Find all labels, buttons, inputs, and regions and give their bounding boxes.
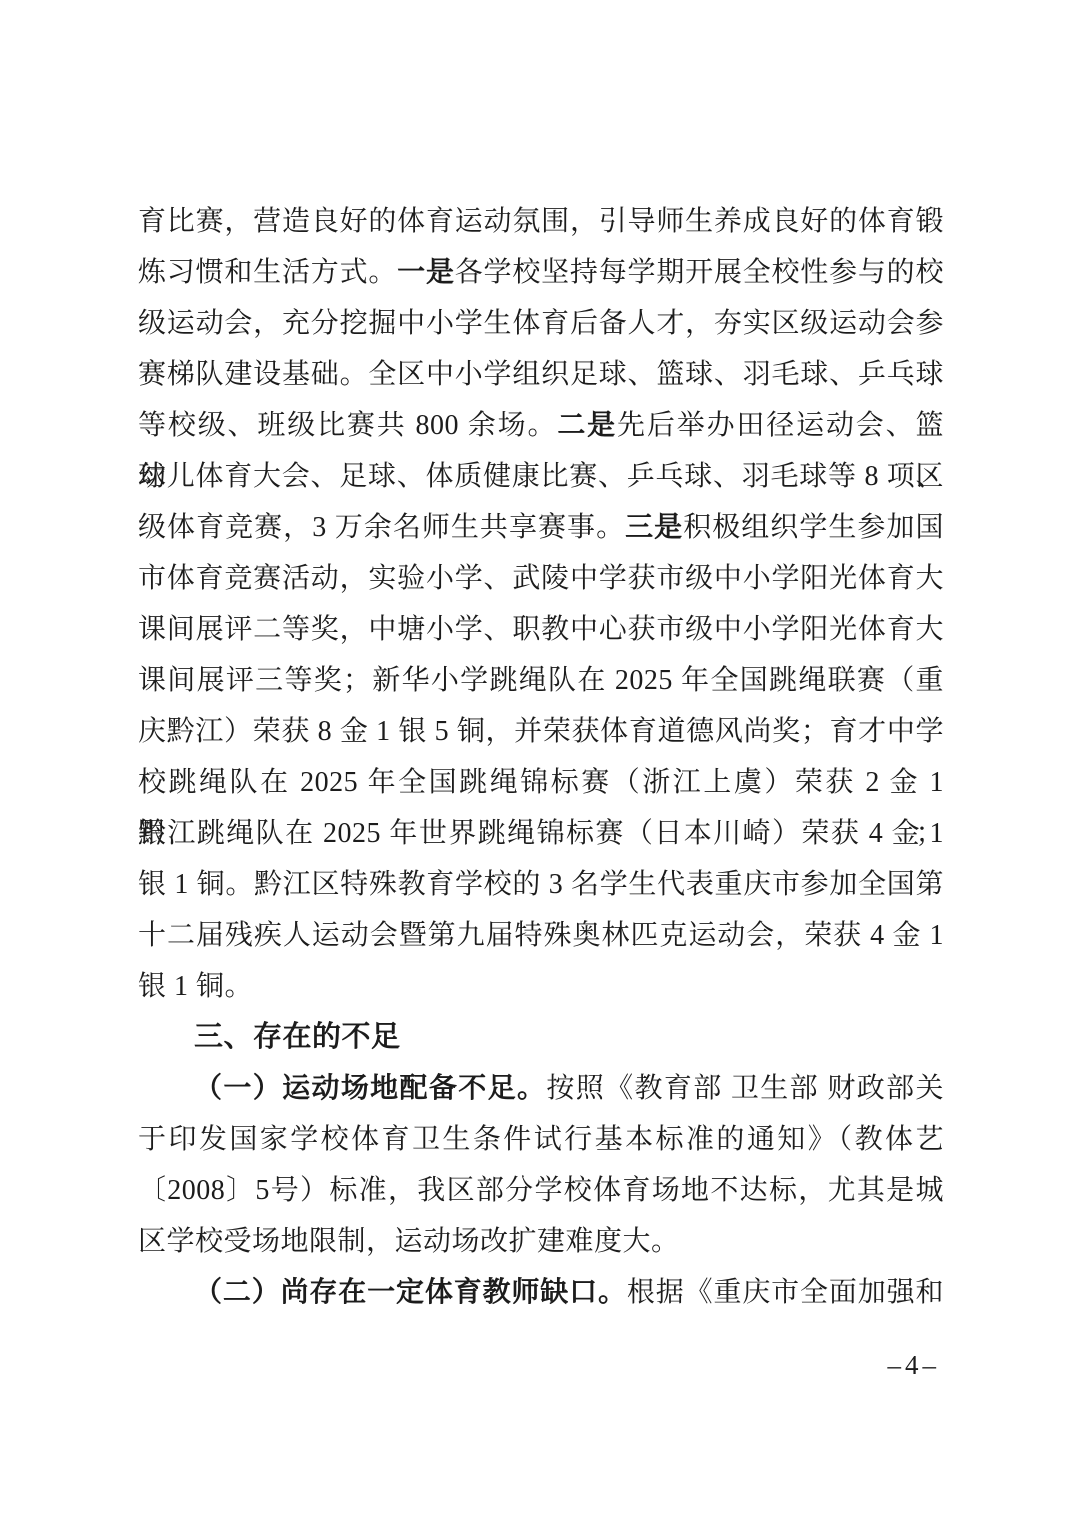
body-text: 〔2008〕5号）标准，我区部分学校体育场地不达标，尤其是城	[138, 1175, 944, 1206]
text-line: （二）尚存在一定体育教师缺口。根据《重庆市全面加强和	[138, 1267, 944, 1318]
text-line: 十二届残疾人运动会暨第九届特殊奥林匹克运动会，荣获 4 金 1	[138, 910, 944, 961]
emphasis-text: 三是	[625, 512, 683, 543]
text-line: 于印发国家学校体育卫生条件试行基本标准的通知》（教体艺	[138, 1114, 944, 1165]
text-line: 市体育竞赛活动，实验小学、武陵中学获市级中小学阳光体育大	[138, 553, 944, 604]
text-line: （一）运动场地配备不足。按照《教育部 卫生部 财政部关	[138, 1063, 944, 1114]
text-line: 育比赛，营造良好的体育运动氛围，引导师生养成良好的体育锻	[138, 196, 944, 247]
body-text: 十二届残疾人运动会暨第九届特殊奥林匹克运动会，荣获 4 金 1	[138, 920, 944, 951]
text-line: 课间展评三等奖；新华小学跳绳队在 2025 年全国跳绳联赛（重	[138, 655, 944, 706]
body-text: 幼儿体育大会、足球、体质健康比赛、乒乓球、羽毛球等 8 项区	[138, 461, 944, 492]
text-line: 级运动会，充分挖掘中小学生体育后备人才，夯实区级运动会参	[138, 298, 944, 349]
emphasis-text: （二）尚存在一定体育教师缺口。	[194, 1277, 627, 1308]
text-line: 黔江跳绳队在 2025 年世界跳绳锦标赛（日本川崎）荣获 4 金 1	[138, 808, 944, 859]
body-text: 育比赛，营造良好的体育运动氛围，引导师生养成良好的体育锻	[138, 206, 944, 237]
emphasis-text: 一是	[397, 257, 455, 288]
text-line: 课间展评二等奖，中塘小学、职教中心获市级中小学阳光体育大	[138, 604, 944, 655]
page-number: –4–	[138, 1350, 940, 1381]
emphasis-text: （一）运动场地配备不足。	[194, 1073, 546, 1104]
text-line: 银 1 铜。黔江区特殊教育学校的 3 名学生代表重庆市参加全国第	[138, 859, 944, 910]
body-text: 积极组织学生参加国	[683, 512, 944, 543]
body-text: 银 1 铜。黔江区特殊教育学校的 3 名学生代表重庆市参加全国第	[138, 869, 944, 900]
section-heading: 三、存在的不足	[138, 1012, 944, 1063]
body-text: 区学校受场地限制，运动场改扩建难度大。	[138, 1226, 680, 1257]
text-line: 炼习惯和生活方式。一是各学校坚持每学期开展全校性参与的校	[138, 247, 944, 298]
text-line: 校跳绳队在 2025 年全国跳绳锦标赛（浙江上虞）荣获 2 金 1 银；	[138, 757, 944, 808]
emphasis-text: 二是	[557, 410, 617, 441]
document-body: 育比赛，营造良好的体育运动氛围，引导师生养成良好的体育锻炼习惯和生活方式。一是各…	[138, 196, 944, 1318]
text-line: 庆黔江）荣获 8 金 1 银 5 铜，并荣获体育道德风尚奖；育才中学	[138, 706, 944, 757]
body-text: 级运动会，充分挖掘中小学生体育后备人才，夯实区级运动会参	[138, 308, 944, 339]
body-text: 赛梯队建设基础。全区中小学组织足球、篮球、羽毛球、乒乓球	[138, 359, 944, 390]
body-text: 级体育竞赛，3 万余名师生共享赛事。	[138, 512, 625, 543]
text-line: 幼儿体育大会、足球、体质健康比赛、乒乓球、羽毛球等 8 项区	[138, 451, 944, 502]
body-text: 按照《教育部 卫生部 财政部关	[546, 1073, 944, 1104]
text-line: 级体育竞赛，3 万余名师生共享赛事。三是积极组织学生参加国	[138, 502, 944, 553]
text-line: 赛梯队建设基础。全区中小学组织足球、篮球、羽毛球、乒乓球	[138, 349, 944, 400]
body-text: 于印发国家学校体育卫生条件试行基本标准的通知》（教体艺	[138, 1124, 944, 1155]
emphasis-text: 三、存在的不足	[194, 1021, 401, 1053]
text-line: 银 1 铜。	[138, 961, 944, 1012]
body-text: 根据《重庆市全面加强和	[627, 1277, 944, 1308]
body-text: 课间展评三等奖；新华小学跳绳队在 2025 年全国跳绳联赛（重	[138, 665, 944, 696]
body-text: 炼习惯和生活方式。	[138, 257, 397, 288]
body-text: 黔江跳绳队在 2025 年世界跳绳锦标赛（日本川崎）荣获 4 金 1	[138, 818, 944, 849]
body-text: 庆黔江）荣获 8 金 1 银 5 铜，并荣获体育道德风尚奖；育才中学	[138, 716, 944, 747]
text-line: 区学校受场地限制，运动场改扩建难度大。	[138, 1216, 944, 1267]
body-text: 银 1 铜。	[138, 971, 253, 1002]
body-text: 市体育竞赛活动，实验小学、武陵中学获市级中小学阳光体育大	[138, 563, 944, 594]
text-line: 等校级、班级比赛共 800 余场。二是先后举办田径运动会、篮球、	[138, 400, 944, 451]
body-text: 课间展评二等奖，中塘小学、职教中心获市级中小学阳光体育大	[138, 614, 944, 645]
body-text: 各学校坚持每学期开展全校性参与的校	[455, 257, 944, 288]
text-line: 〔2008〕5号）标准，我区部分学校体育场地不达标，尤其是城	[138, 1165, 944, 1216]
document-page: 育比赛，营造良好的体育运动氛围，引导师生养成良好的体育锻炼习惯和生活方式。一是各…	[0, 0, 1074, 1520]
body-text: 等校级、班级比赛共 800 余场。	[138, 410, 557, 441]
